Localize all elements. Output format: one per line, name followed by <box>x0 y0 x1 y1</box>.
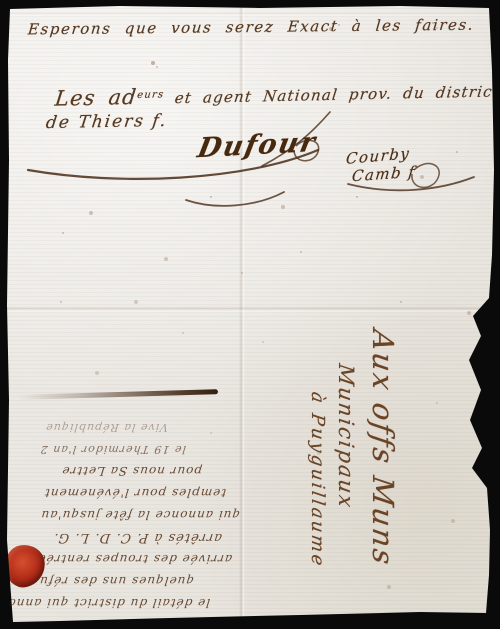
inverted-note-block: le détail du district qui annonce quelqu… <box>12 404 252 614</box>
note-line: Vive la République <box>11 416 254 438</box>
letter-photograph: Esperons que vous serez Exact à les fair… <box>0 0 500 629</box>
note-line: arrêtés à P. C. D. L. G. <box>11 526 254 548</box>
note-line: le 19 Thermidor l'an 2 <box>11 438 254 460</box>
address-line: Municipaux <box>334 362 358 629</box>
address-line: Aux offs Muns <box>366 328 400 629</box>
address-panel: Aux offs Muns Municipaux à Puyguillaume <box>262 330 402 628</box>
note-line: le détail du district qui annonce <box>11 592 254 614</box>
note-line: qui annonce la fête jusqu'au <box>11 504 254 526</box>
note-line: pour nous Sa Lettre <box>11 460 254 482</box>
note-line: temples pour l'événement <box>11 482 254 504</box>
foxing-specks <box>0 0 2 2</box>
note-line: arrivée des troupes rentrées <box>11 548 254 570</box>
address-line: à Puyguillaume <box>307 391 328 629</box>
note-line: quelques uns des réfugiés <box>11 570 254 592</box>
letter-paper: Esperons que vous serez Exact à les fair… <box>0 0 500 629</box>
